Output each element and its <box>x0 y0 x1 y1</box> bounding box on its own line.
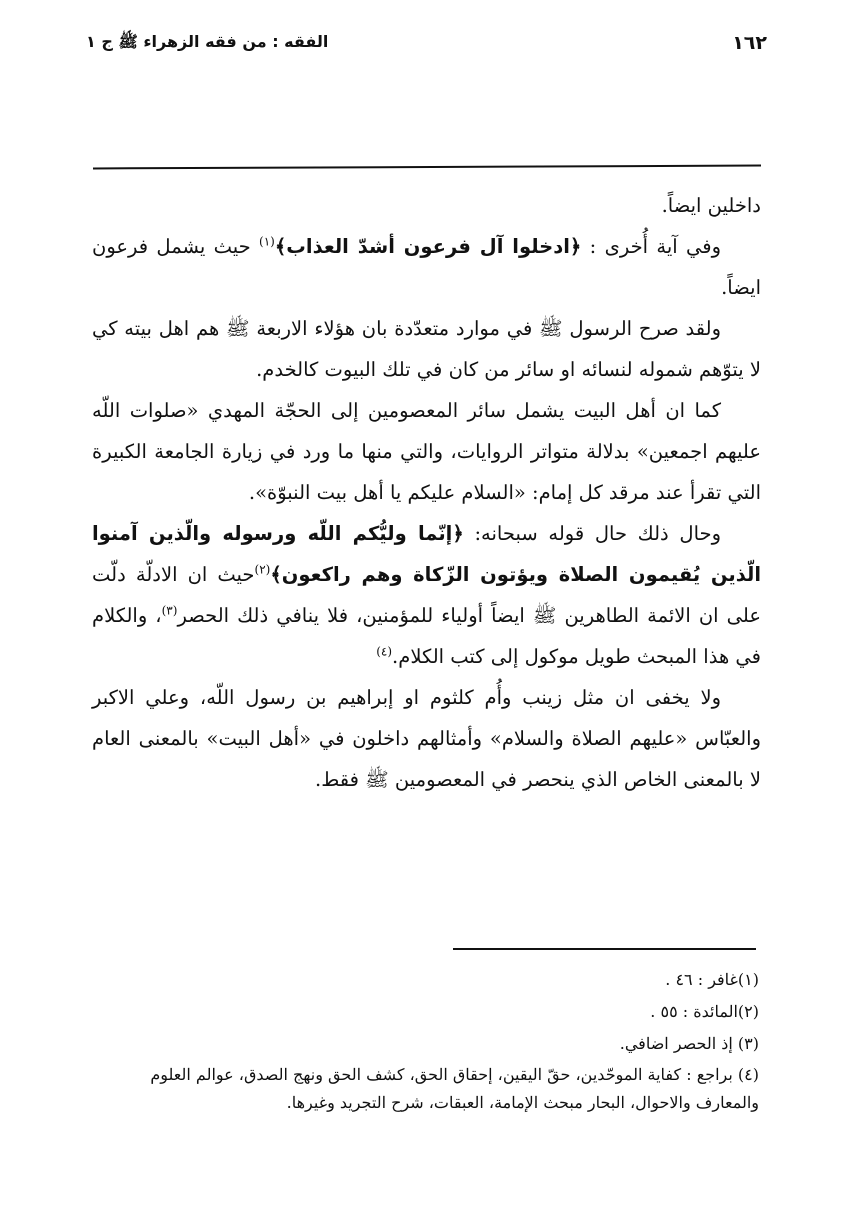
paragraph-4: كما ان أهل البيت يشمل سائر المعصومين إلى… <box>92 390 761 513</box>
footnote-ref-3[interactable]: (٣) <box>162 604 178 618</box>
book-title: الفقه : من فقه الزهراء ﷺ ج ١ <box>86 32 328 55</box>
footnotes: (١)غافر : ٤٦ . (٢)المائدة : ٥٥ . (٣) إذ … <box>95 965 759 1119</box>
footnote-2-label: (٢) <box>738 1002 759 1021</box>
footnote-4-label: (٤) <box>738 1065 759 1084</box>
footnote-3-text: إذ الحصر اضافي. <box>620 1034 738 1053</box>
page-number: ١٦٢ <box>732 32 767 54</box>
footnote-1: (١)غافر : ٤٦ . <box>95 965 759 995</box>
quran-verse-ghafir: ﴿ادخلوا آل فرعون أشدّ العذاب﴾ <box>275 235 582 258</box>
footnote-3-label: (٣) <box>738 1034 759 1053</box>
running-header: ١٦٢ الفقه : من فقه الزهراء ﷺ ج ١ <box>86 28 767 58</box>
footnote-ref-2[interactable]: (٢) <box>255 563 271 577</box>
paragraph-2-intro: وفي آية أُخرى : <box>581 235 721 258</box>
footnote-ref-4[interactable]: (٤) <box>376 645 392 659</box>
footnote-4-text: براجع : كفاية الموحّدين، حقّ اليقين، إحق… <box>150 1065 759 1112</box>
footnote-3: (٣) إذ الحصر اضافي. <box>95 1029 759 1059</box>
footnote-4: (٤) براجع : كفاية الموحّدين، حقّ اليقين،… <box>95 1061 759 1117</box>
paragraph-2: وفي آية أُخرى : ﴿ادخلوا آل فرعون أشدّ ال… <box>92 226 761 308</box>
footnote-2-text: المائدة : ٥٥ . <box>650 1002 738 1021</box>
footnote-1-label: (١) <box>738 970 759 989</box>
book-page: ١٦٢ الفقه : من فقه الزهراء ﷺ ج ١ داخلين … <box>0 0 859 1211</box>
paragraph-6: ولا يخفى ان مثل زينب وأُم كلثوم او إبراه… <box>92 677 761 800</box>
paragraph-1: داخلين ايضاً. <box>92 185 761 226</box>
paragraph-5: وحال ذلك حال قوله سبحانه: ﴿إنّما وليُّكم… <box>92 513 761 677</box>
footnote-1-text: غافر : ٤٦ . <box>665 970 738 989</box>
paragraph-3: ولقد صرح الرسول ﷺ في موارد متعدّدة بان ه… <box>92 308 761 390</box>
footnote-divider <box>453 948 756 950</box>
footnote-2: (٢)المائدة : ٥٥ . <box>95 997 759 1027</box>
header-divider <box>93 165 761 170</box>
paragraph-5-intro: وحال ذلك حال قوله سبحانه: <box>464 522 721 545</box>
footnote-ref-1[interactable]: (١) <box>259 235 275 249</box>
main-text: داخلين ايضاً. وفي آية أُخرى : ﴿ادخلوا آل… <box>92 185 761 800</box>
